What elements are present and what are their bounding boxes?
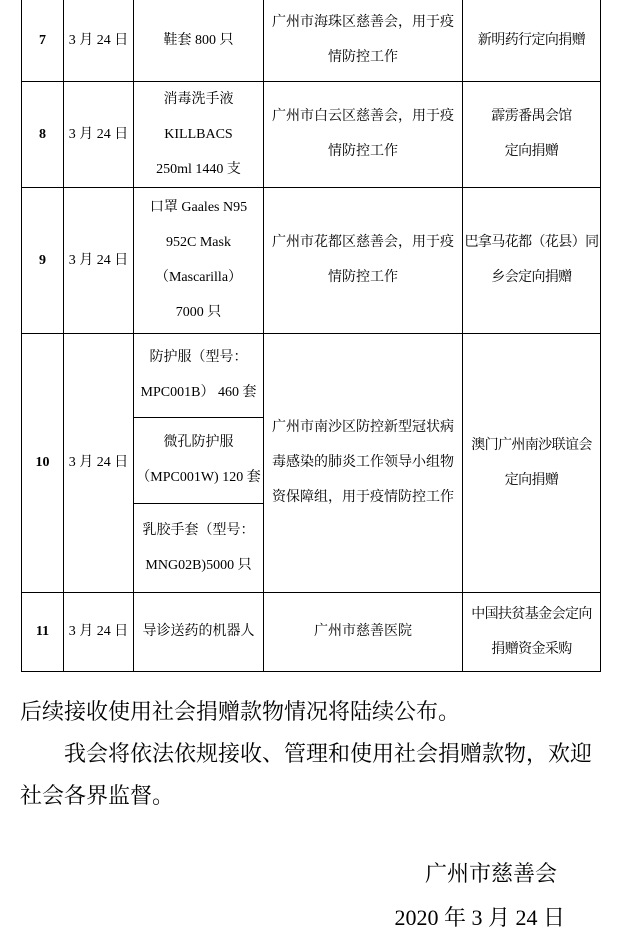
cell-recipient: 广州市南沙区防控新型冠状病 毒感染的肺炎工作领导小组物 资保障组，用于疫情防控工… xyxy=(264,333,463,592)
cell-recipient: 广州市海珠区慈善会，用于疫 情防控工作 xyxy=(264,0,463,81)
cell-item: 微孔防护服 （MPC001W) 120 套 xyxy=(134,417,264,503)
cell-date: 3 月 24 日 xyxy=(64,187,134,333)
document-page: 7 3 月 24 日 鞋套 800 只 广州市海珠区慈善会，用于疫 情防控工作 … xyxy=(0,0,624,950)
cell-date: 3 月 24 日 xyxy=(64,592,134,671)
paragraph-announcement: 后续接收使用社会捐赠款物情况将陆续公布。 xyxy=(20,691,604,733)
cell-item: 乳胶手套（型号： MNG02B)5000 只 xyxy=(134,503,264,592)
paragraph-supervision: 我会将依法依规接收、管理和使用社会捐赠款物，欢迎社会各界监督。 xyxy=(20,733,604,817)
cell-recipient: 广州市慈善医院 xyxy=(264,592,463,671)
row-number: 7 xyxy=(22,0,64,81)
cell-donor: 新明药行定向捐赠 xyxy=(463,0,601,81)
cell-item: 导诊送药的机器人 xyxy=(134,592,264,671)
table-row: 7 3 月 24 日 鞋套 800 只 广州市海珠区慈善会，用于疫 情防控工作 … xyxy=(22,0,601,81)
signature-block: 广州市慈善会 2020 年 3 月 24 日 xyxy=(0,852,624,940)
cell-item: 口罩 Gaales N95 952C Mask （Mascarilla） 700… xyxy=(134,187,264,333)
table-row: 9 3 月 24 日 口罩 Gaales N95 952C Mask （Masc… xyxy=(22,187,601,333)
cell-donor: 中国扶贫基金会定向 捐赠资金采购 xyxy=(463,592,601,671)
signature-date: 2020 年 3 月 24 日 xyxy=(0,896,624,940)
row-number: 9 xyxy=(22,187,64,333)
signature-organization: 广州市慈善会 xyxy=(0,852,624,896)
cell-item: 防护服（型号： MPC001B） 460 套 xyxy=(134,333,264,417)
donation-table: 7 3 月 24 日 鞋套 800 只 广州市海珠区慈善会，用于疫 情防控工作 … xyxy=(21,0,601,672)
row-number: 10 xyxy=(22,333,64,592)
cell-recipient: 广州市花都区慈善会，用于疫 情防控工作 xyxy=(264,187,463,333)
row-number: 11 xyxy=(22,592,64,671)
cell-item: 鞋套 800 只 xyxy=(134,0,264,81)
table-row: 10 3 月 24 日 防护服（型号： MPC001B） 460 套 广州市南沙… xyxy=(22,333,601,417)
cell-item: 消毒洗手液 KILLBACS 250ml 1440 支 xyxy=(134,81,264,187)
table-row: 11 3 月 24 日 导诊送药的机器人 广州市慈善医院 中国扶贫基金会定向 捐… xyxy=(22,592,601,671)
row-number: 8 xyxy=(22,81,64,187)
closing-paragraphs: 后续接收使用社会捐赠款物情况将陆续公布。 我会将依法依规接收、管理和使用社会捐赠… xyxy=(20,691,604,817)
table-row: 8 3 月 24 日 消毒洗手液 KILLBACS 250ml 1440 支 广… xyxy=(22,81,601,187)
cell-donor: 霹雳番禺会馆 定向捐赠 xyxy=(463,81,601,187)
cell-recipient: 广州市白云区慈善会，用于疫 情防控工作 xyxy=(264,81,463,187)
cell-donor: 澳门广州南沙联谊会 定向捐赠 xyxy=(463,333,601,592)
cell-date: 3 月 24 日 xyxy=(64,0,134,81)
cell-donor: 巴拿马花都（花县）同 乡会定向捐赠 xyxy=(463,187,601,333)
cell-date: 3 月 24 日 xyxy=(64,81,134,187)
cell-date: 3 月 24 日 xyxy=(64,333,134,592)
